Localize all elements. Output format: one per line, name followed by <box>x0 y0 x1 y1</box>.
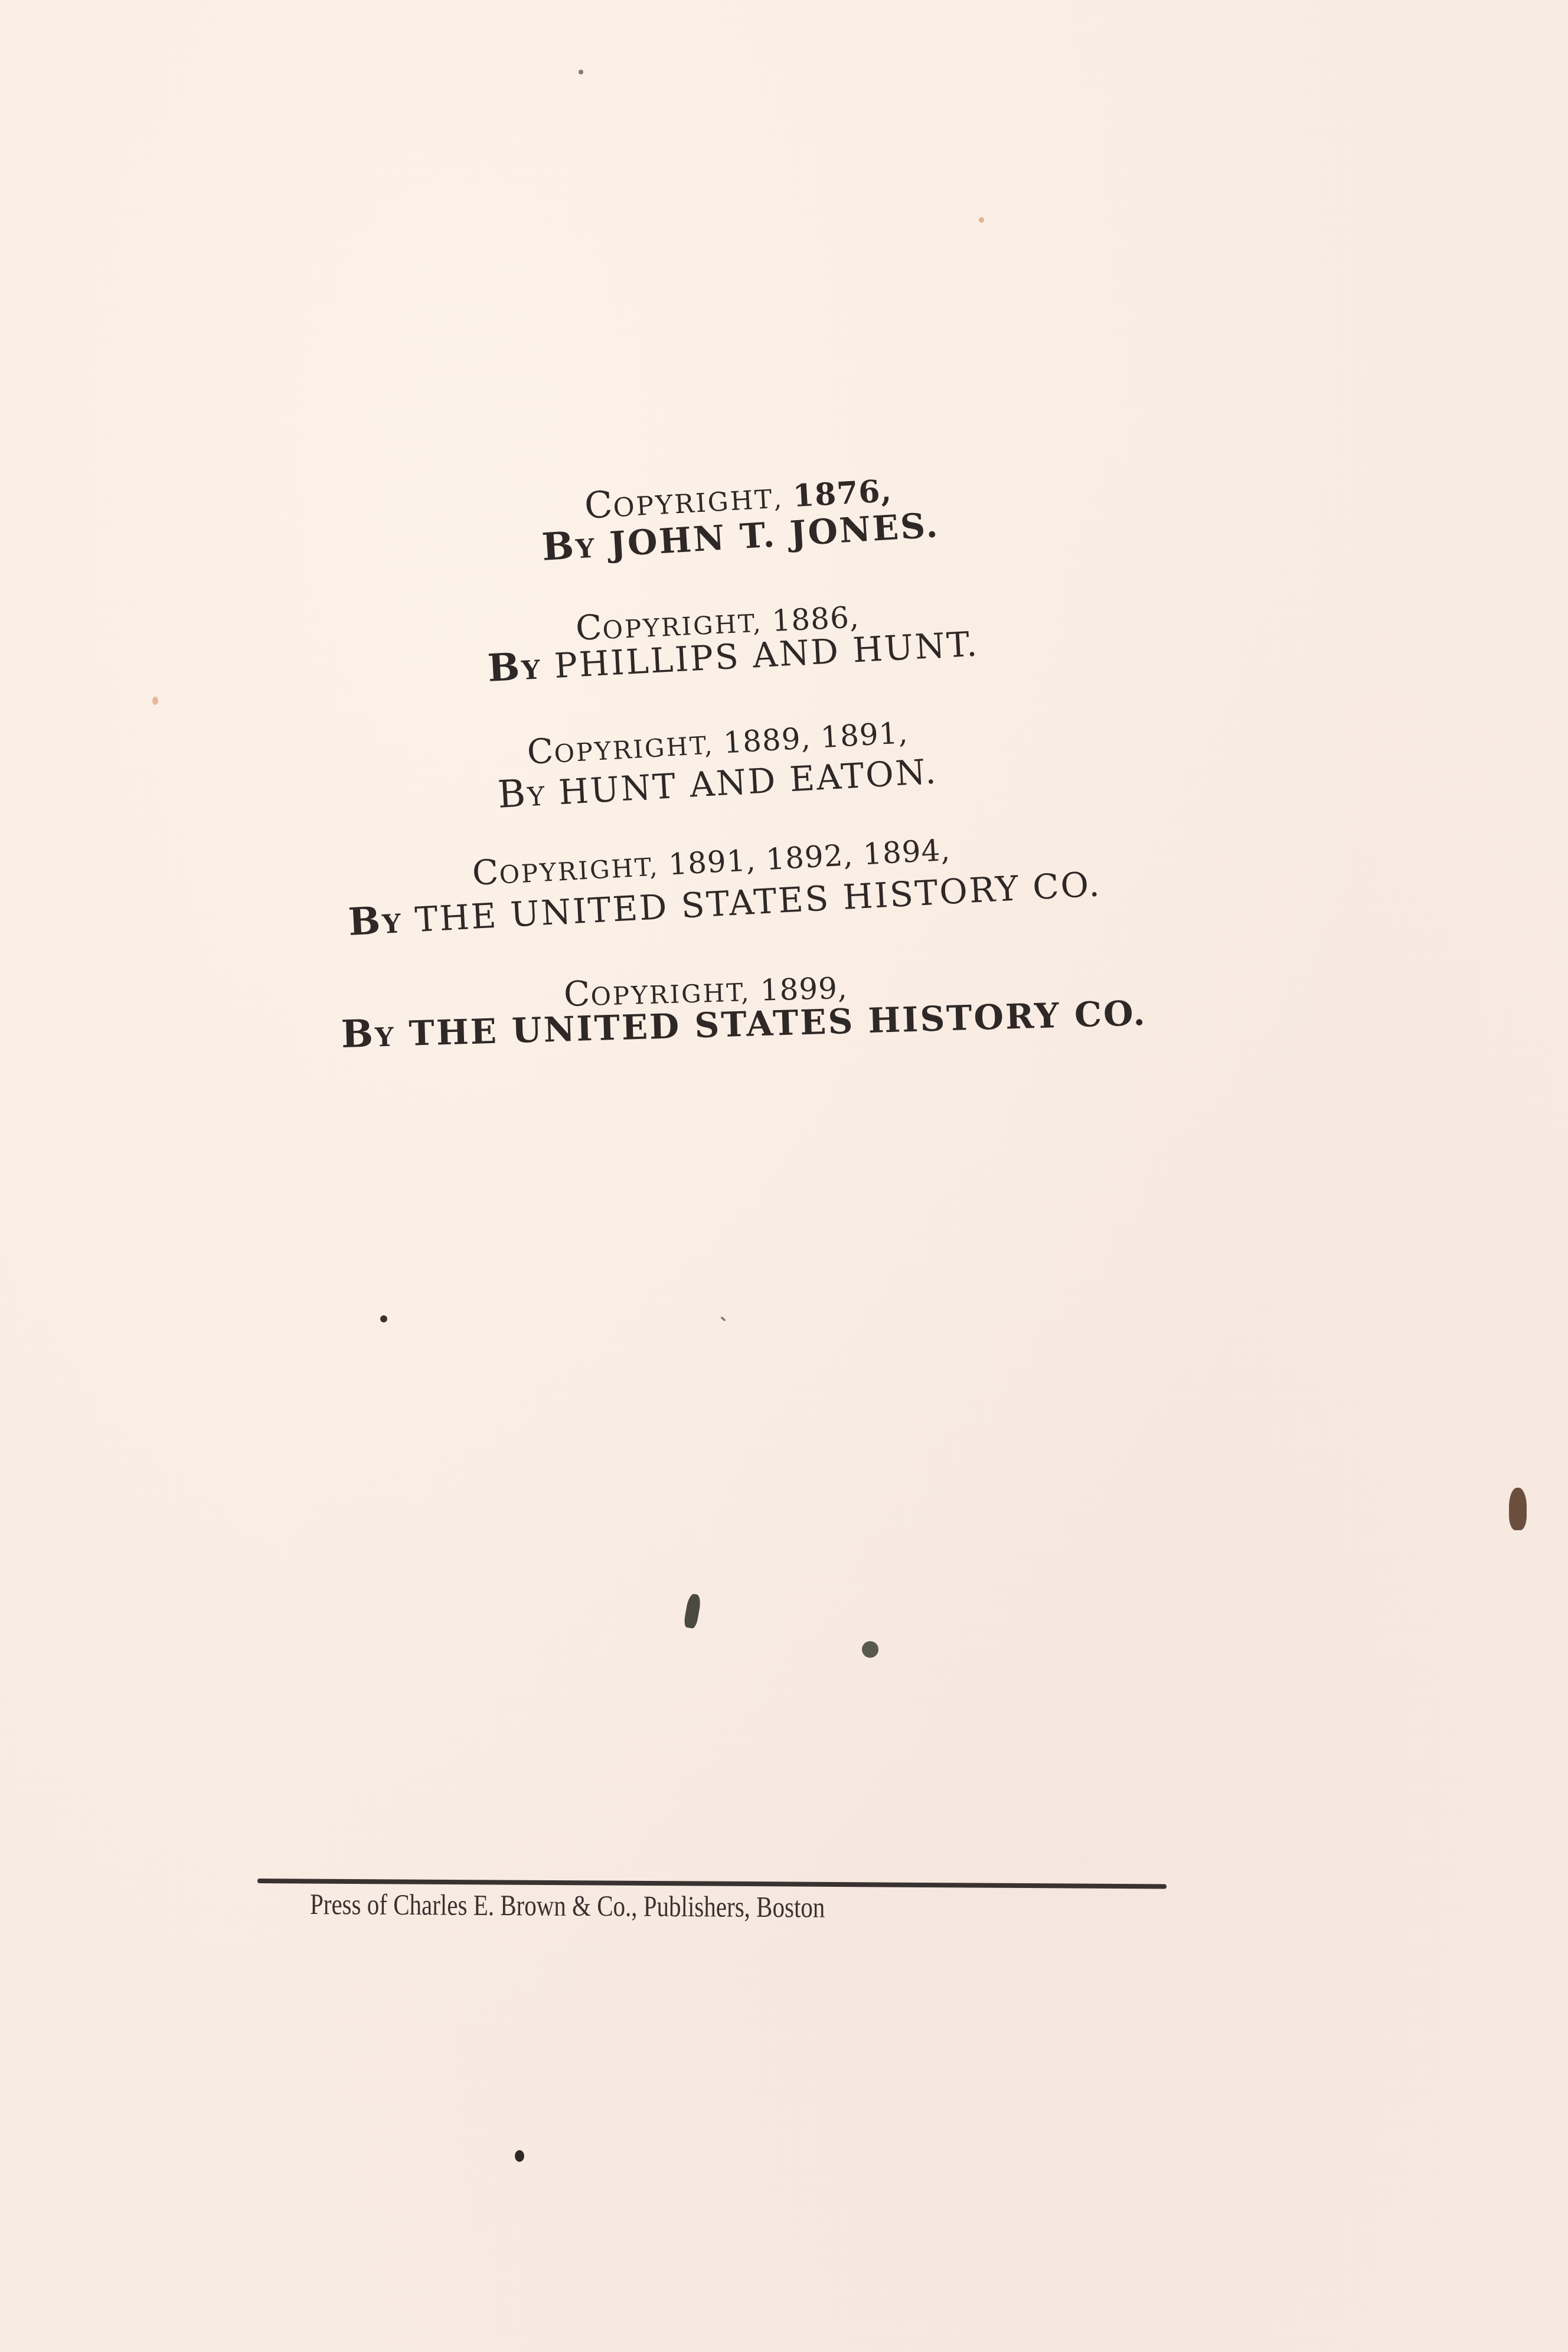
paper-speck <box>720 1316 726 1321</box>
paper-speck <box>579 70 583 74</box>
ink-blot <box>862 1641 878 1658</box>
paper-speck <box>152 697 158 705</box>
paper-speck <box>380 1315 387 1322</box>
paper-speck <box>979 217 984 223</box>
ink-blot <box>683 1593 702 1629</box>
holder-name: THE UNITED STATES HISTORY CO. <box>409 993 1148 1054</box>
copyright-page: COPYRIGHT, 1876, BY JOHN T. JONES. COPYR… <box>0 0 1568 2352</box>
paper-speck <box>515 2150 524 2162</box>
printer-imprint: Press of Charles E. Brown & Co., Publish… <box>310 1887 825 1925</box>
ink-blot <box>1509 1488 1527 1530</box>
